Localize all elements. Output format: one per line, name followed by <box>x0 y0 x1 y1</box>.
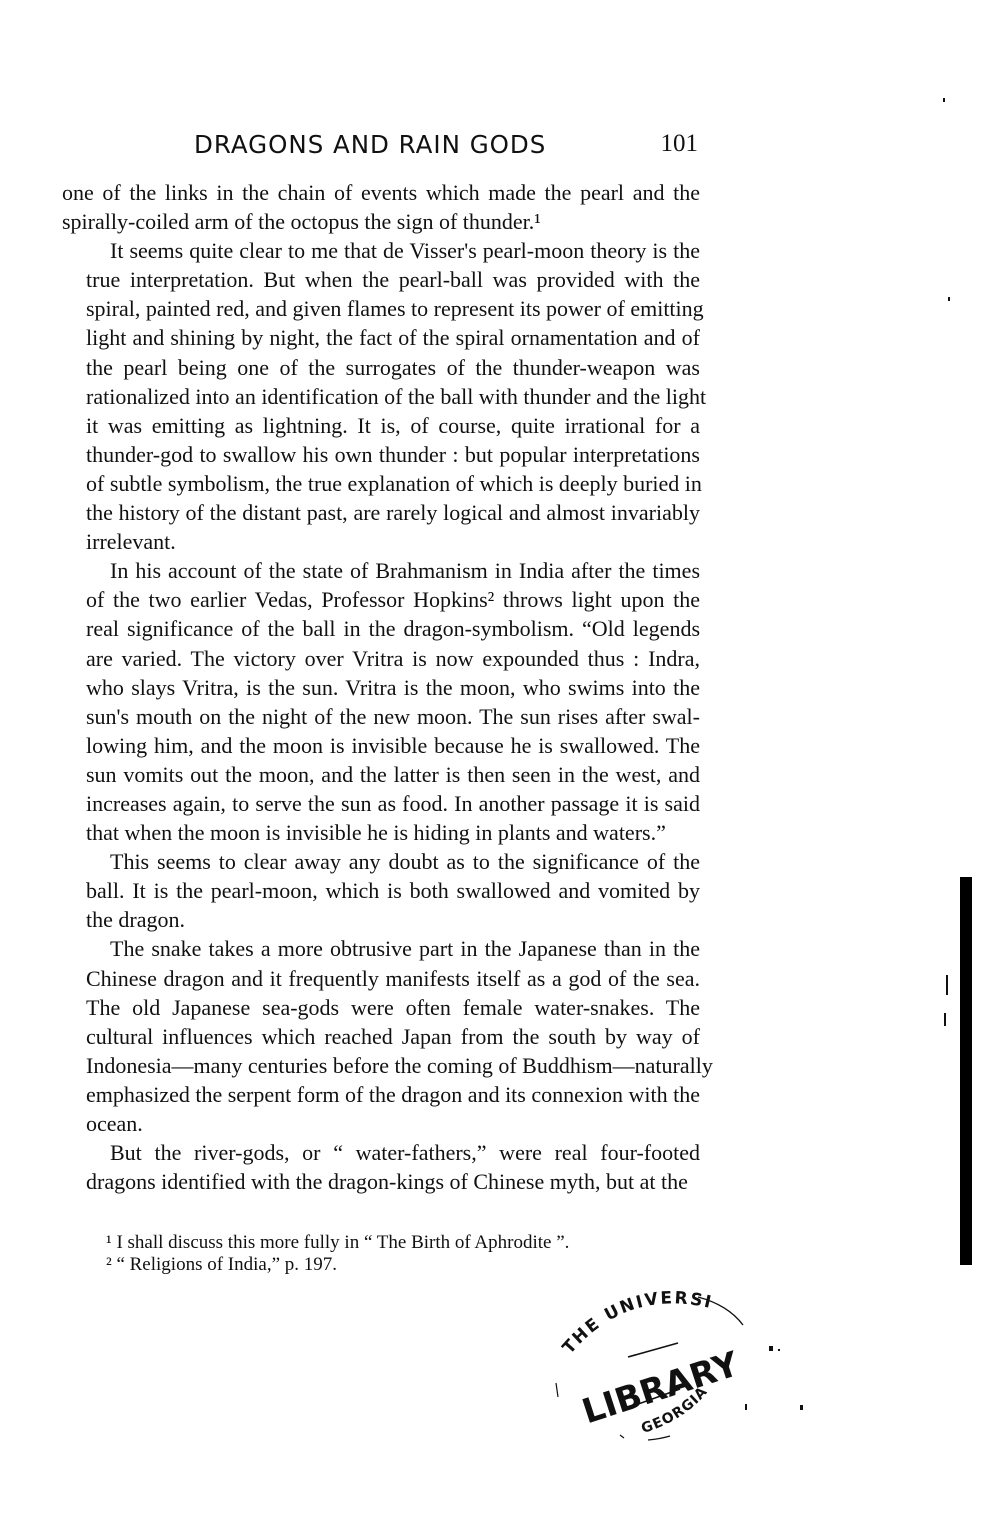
text-line: emphasized the serpent form of the drago… <box>62 1080 700 1109</box>
book-page: DRAGONS AND RAIN GODS 101 one of the lin… <box>0 0 1000 1529</box>
footnote-2: ² “ Religions of India,” p. 197. <box>106 1254 706 1276</box>
body-text: one of the links in the chain of events … <box>62 178 700 1196</box>
text-line: increases again, to serve the sun as foo… <box>62 789 700 818</box>
paragraph: one of the links in the chain of events … <box>62 178 700 236</box>
svg-text:THE UNIVERSITY: THE UNIVERSITY <box>548 1285 715 1358</box>
running-head: DRAGONS AND RAIN GODS 101 <box>194 130 704 166</box>
text-line: the dragon. <box>62 905 700 934</box>
paragraph: It seems quite clear to me that de Visse… <box>62 236 700 556</box>
running-title: DRAGONS AND RAIN GODS <box>194 130 546 159</box>
paragraph: The snake takes a more obtrusive part in… <box>62 934 700 1138</box>
scan-speck <box>946 975 948 995</box>
text-line: This seems to clear away any doubt as to… <box>62 847 700 876</box>
paragraph: In his account of the state of Brahmanis… <box>62 556 700 847</box>
text-line: it was emitting as lightning. It is, of … <box>62 411 700 440</box>
text-line: dragons identified with the dragon-kings… <box>62 1167 700 1196</box>
scan-speck <box>800 1405 803 1410</box>
stamp-top-text: THE UNIVERSITY <box>548 1285 715 1358</box>
scan-speck <box>943 98 945 102</box>
text-line: cultural influences which reached Japan … <box>62 1022 700 1051</box>
text-line: spiral, painted red, and given flames to… <box>62 294 700 323</box>
text-line: In his account of the state of Brahmanis… <box>62 556 700 585</box>
text-line: light and shining by night, the fact of … <box>62 323 700 352</box>
scan-speck <box>769 1346 773 1351</box>
text-line: are varied. The victory over Vritra is n… <box>62 644 700 673</box>
text-line: one of the links in the chain of events … <box>62 178 700 207</box>
text-line: who slays Vritra, is the sun. Vritra is … <box>62 673 700 702</box>
text-line: The old Japanese sea-gods were often fem… <box>62 993 700 1022</box>
text-line: It seems quite clear to me that de Visse… <box>62 236 700 265</box>
paragraph: But the river-gods, or “ water-fathers,”… <box>62 1138 700 1196</box>
text-line: of subtle symbolism, the true explanatio… <box>62 469 700 498</box>
text-line: the pearl being one of the surrogates of… <box>62 353 700 382</box>
scan-speck <box>745 1404 747 1410</box>
text-line: ball. It is the pearl-moon, which is bot… <box>62 876 700 905</box>
footnote-1: ¹ I shall discuss this more fully in “ T… <box>106 1232 706 1254</box>
text-line: true interpretation. But when the pearl-… <box>62 265 700 294</box>
paragraph: This seems to clear away any doubt as to… <box>62 847 700 934</box>
text-line: rationalized into an identification of t… <box>62 382 700 411</box>
text-line: irrelevant. <box>62 527 700 556</box>
footnotes: ¹ I shall discuss this more fully in “ T… <box>106 1232 706 1276</box>
text-line: The snake takes a more obtrusive part in… <box>62 934 700 963</box>
scan-edge-bar <box>960 877 972 1265</box>
text-line: But the river-gods, or “ water-fathers,”… <box>62 1138 700 1167</box>
text-line: sun vomits out the moon, and the latter … <box>62 760 700 789</box>
library-stamp-icon: THE UNIVERSITY LIBRARY GEORGIA <box>548 1285 748 1445</box>
text-line: of the two earlier Vedas, Professor Hopk… <box>62 585 700 614</box>
text-line: lowing him, and the moon is invisible be… <box>62 731 700 760</box>
text-line: that when the moon is invisible he is hi… <box>62 818 700 847</box>
page-number: 101 <box>661 130 699 158</box>
text-line: sun's mouth on the night of the new moon… <box>62 702 700 731</box>
text-line: Chinese dragon and it frequently manifes… <box>62 964 700 993</box>
text-line: the history of the distant past, are rar… <box>62 498 700 527</box>
scan-speck <box>944 1013 946 1026</box>
scan-speck <box>778 1349 780 1351</box>
text-line: real significance of the ball in the dra… <box>62 614 700 643</box>
text-line: Indonesia—many centuries before the comi… <box>62 1051 700 1080</box>
library-stamp: THE UNIVERSITY LIBRARY GEORGIA <box>548 1285 748 1445</box>
scan-speck <box>948 297 950 301</box>
text-line: spirally-coiled arm of the octopus the s… <box>62 207 700 236</box>
text-line: thunder-god to swallow his own thunder :… <box>62 440 700 469</box>
text-line: ocean. <box>62 1109 700 1138</box>
